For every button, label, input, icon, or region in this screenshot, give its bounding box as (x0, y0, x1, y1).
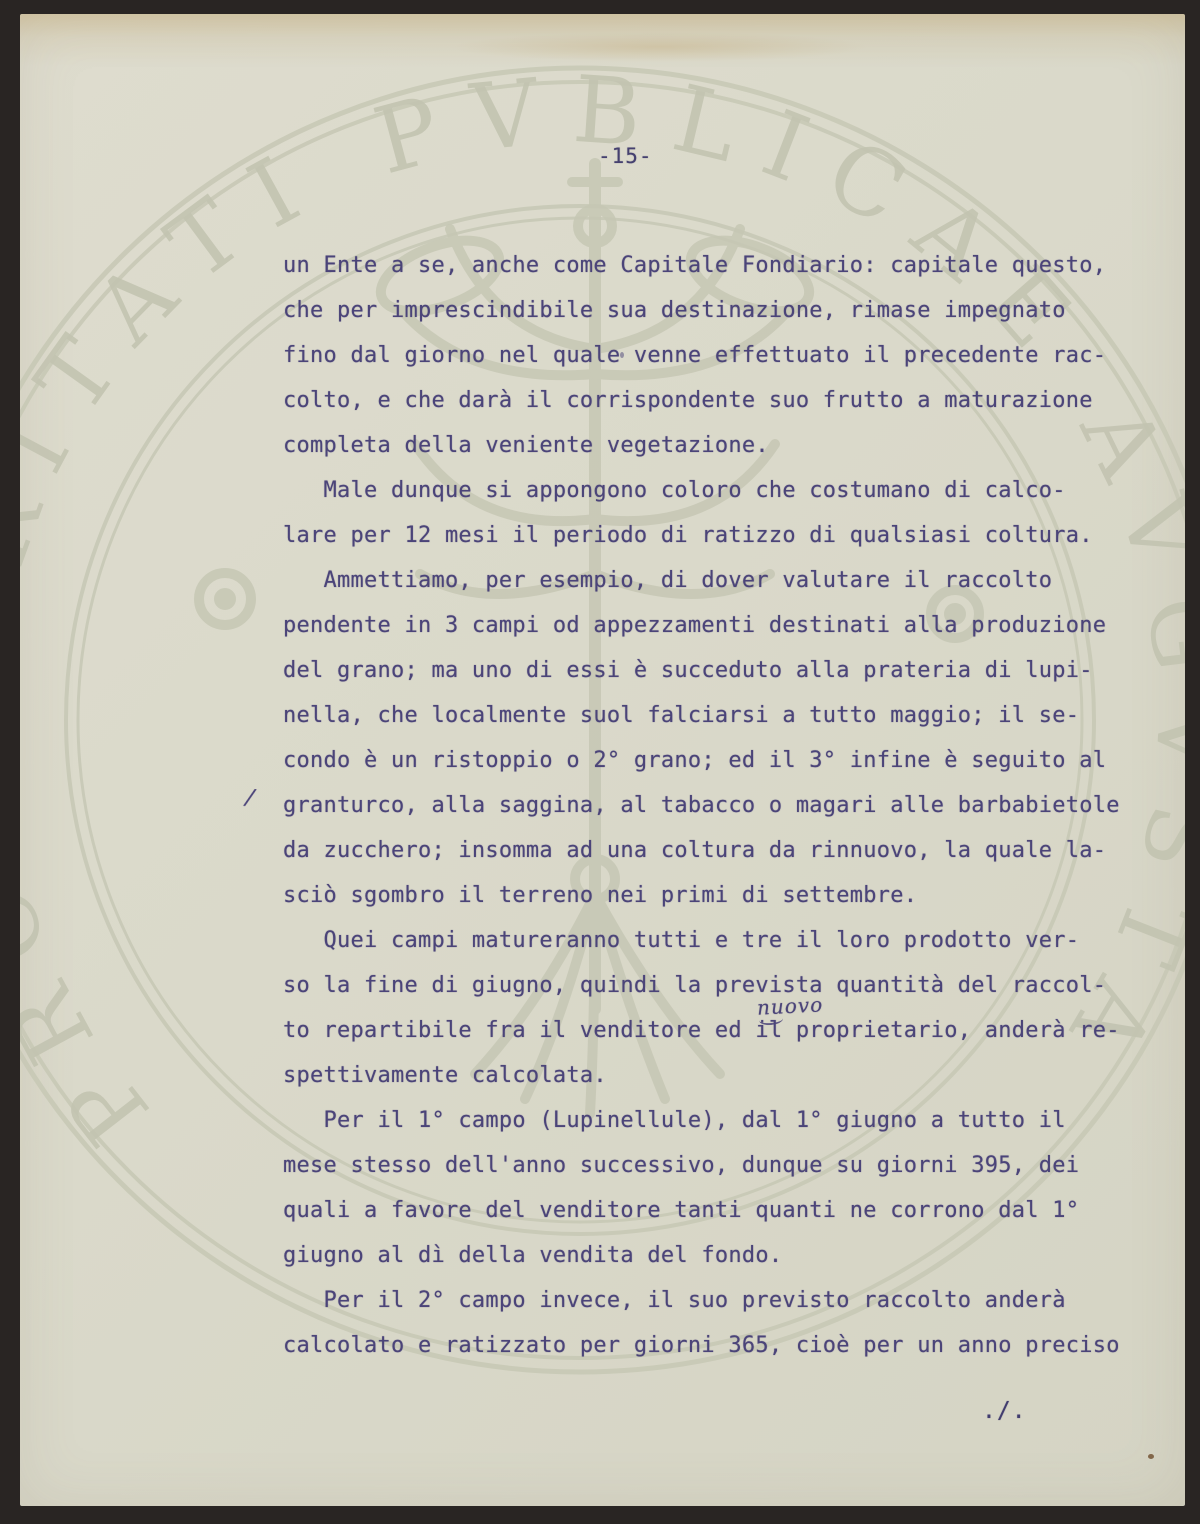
typed-line: Quei campi matureranno tutti e tre il lo… (283, 918, 1153, 963)
typed-line: nella, che localmente suol falciarsi a t… (283, 693, 1153, 738)
typed-line: Ammettiamo, per esempio, di dover valuta… (283, 558, 1153, 603)
typed-line: to repartibile fra il venditore ed il pr… (283, 1008, 1153, 1053)
typed-line: mese stesso dell'anno successivo, dunque… (283, 1143, 1153, 1188)
scanned-document-screenshot: { "doc": { "page_number": "-15-", "conti… (0, 0, 1200, 1524)
paper-stain-blob (450, 32, 870, 62)
typed-line: spettivamente calcolata. (283, 1053, 1153, 1098)
typed-line: fino dal giorno nel quale venne effettua… (283, 333, 1153, 378)
page-number: -15- (598, 144, 653, 168)
typed-line: giugno al dì della vendita del fondo. (283, 1233, 1153, 1278)
typed-line: quali a favore del venditore tanti quant… (283, 1188, 1153, 1233)
typed-line: lare per 12 mesi il periodo di ratizzo d… (283, 513, 1153, 558)
paper-speck (620, 352, 624, 358)
typed-line: so la fine di giugno, quindi la prevista… (283, 963, 1153, 1008)
typed-line: granturco, alla saggina, al tabacco o ma… (283, 783, 1153, 828)
typed-line: colto, e che darà il corrispondente suo … (283, 378, 1153, 423)
typed-line: sciò sgombro il terreno nei primi di set… (283, 873, 1153, 918)
typed-line: pendente in 3 campi od appezzamenti dest… (283, 603, 1153, 648)
typed-line: condo è un ristoppio o 2° grano; ed il 3… (283, 738, 1153, 783)
typed-line: un Ente a se, anche come Capitale Fondia… (283, 243, 1153, 288)
document-page: PROSPERITATI PVBLICAE AVGVSTA (20, 14, 1185, 1506)
typed-line: Male dunque si appongono coloro che cost… (283, 468, 1153, 513)
typed-line: da zucchero; insomma ad una coltura da r… (283, 828, 1153, 873)
typed-line: che per imprescindibile sua destinazione… (283, 288, 1153, 333)
typed-line: Per il 2° campo invece, il suo previsto … (283, 1278, 1153, 1323)
continuation-mark: ./. (982, 1398, 1027, 1424)
typed-line: del grano; ma uno di essi è succeduto al… (283, 648, 1153, 693)
paper-speck (1148, 1454, 1154, 1459)
typed-line: Per il 1° campo (Lupinellule), dal 1° gi… (283, 1098, 1153, 1143)
typed-line: calcolato e ratizzato per giorni 365, ci… (283, 1323, 1153, 1368)
typed-line: completa della veniente vegetazione. (283, 423, 1153, 468)
typed-body: un Ente a se, anche come Capitale Fondia… (283, 243, 1153, 1368)
